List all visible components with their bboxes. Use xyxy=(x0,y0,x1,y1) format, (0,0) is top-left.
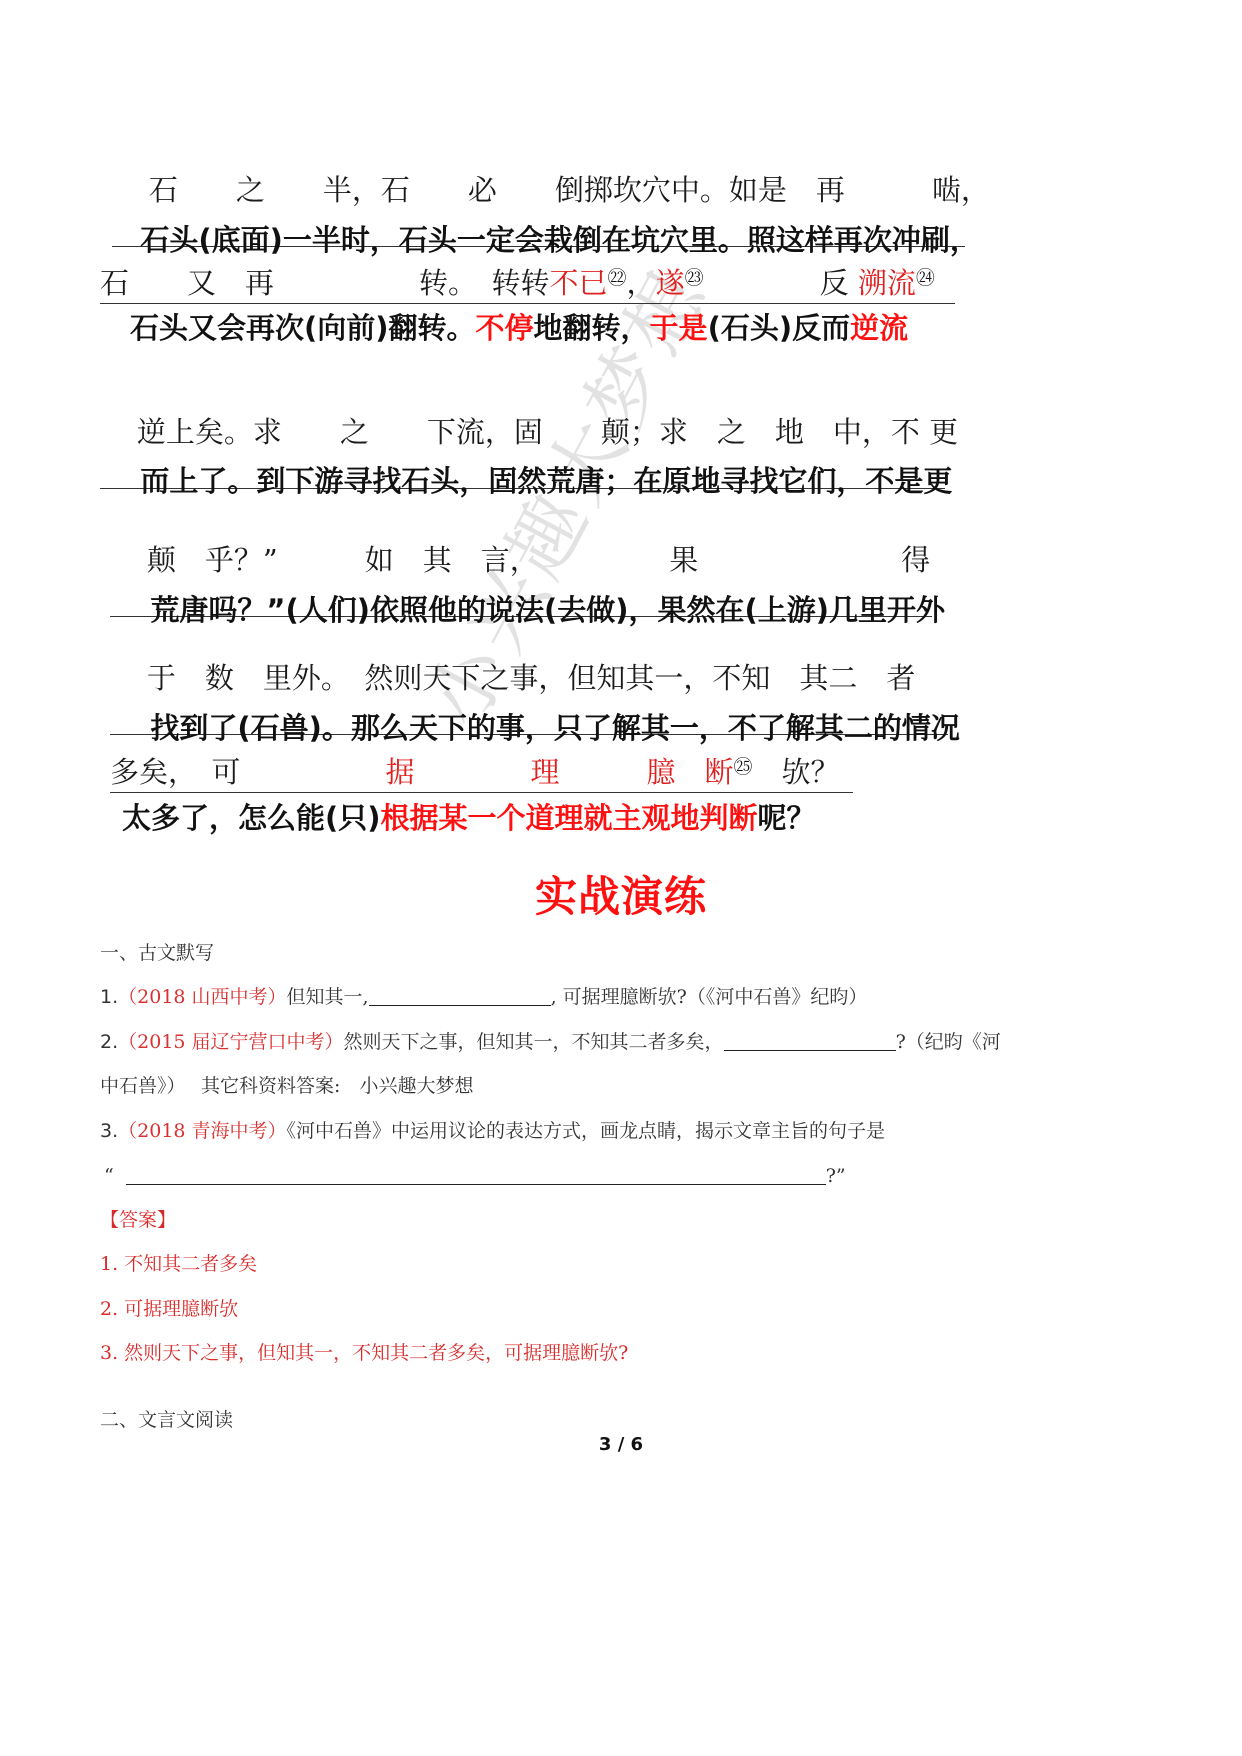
translation-line-6: 太多了，怎么能(只)根据某一个道理就主观地判断呢？ xyxy=(122,800,816,836)
question-2: 2.（2015 届辽宁营口中考）然则天下之事，但知其一，不知其二者多矣，?（纪昀… xyxy=(100,1029,1001,1055)
keyword-red: 不已 xyxy=(550,266,608,300)
question-source: （2018 青海中考） xyxy=(118,1120,286,1142)
original-text: 多矣， 可 xyxy=(110,755,386,789)
answer-2: 2. 可据理臆断欤 xyxy=(100,1296,238,1322)
translation-text: 呢？ xyxy=(758,801,816,835)
question-number: 2. xyxy=(100,1031,118,1053)
page-number: 3 / 6 xyxy=(0,1434,1242,1455)
part2-title: 二、文言文阅读 xyxy=(100,1407,233,1433)
close-quote: ?” xyxy=(826,1165,846,1187)
answer-1: 1. 不知其二者多矣 xyxy=(100,1251,257,1277)
keyword-red: 遂 xyxy=(656,266,685,300)
question-text: , 可据理臆断欤?（《河中石兽》纪昀） xyxy=(551,986,868,1008)
question-1: 1.（2018 山西中考）但知其一,, 可据理臆断欤?（《河中石兽》纪昀） xyxy=(100,984,867,1010)
keyword-red: 溯流 xyxy=(858,266,916,300)
original-text: 石 又 再 转。 转转 xyxy=(100,266,550,300)
question-text: 但知其一, xyxy=(287,986,369,1008)
keyword-red: 逆流 xyxy=(850,311,908,345)
keyword-red: 根据某一个道理就主观地判断 xyxy=(381,801,758,835)
original-text: 欤？ xyxy=(753,755,840,789)
answer-blank[interactable] xyxy=(126,1166,826,1185)
answer-blank[interactable] xyxy=(369,987,551,1006)
footnote-marker: ㉕ xyxy=(734,756,753,778)
original-text: ， xyxy=(627,266,656,300)
translation-text: (石头)反而 xyxy=(708,311,851,345)
translation-text: 地翻转， xyxy=(534,311,650,345)
translation-line-2: 石头又会再次(向前)翻转。不停地翻转，于是(石头)反而逆流 xyxy=(130,310,908,346)
original-text: 反 xyxy=(704,266,858,300)
question-source: （2015 届辽宁营口中考） xyxy=(118,1031,343,1053)
original-line-2: 石 又 再 转。 转转不已㉒，遂㉓ 反 溯流㉔ xyxy=(100,260,955,304)
answer-blank[interactable] xyxy=(724,1032,896,1051)
footnote-marker: ㉔ xyxy=(916,267,935,289)
keyword-red: 据 理 臆 断 xyxy=(386,755,734,789)
document-page: 小兴趣大梦想 石 之 半，石 必 倒掷坎穴中。如是 再 啮， 石头(底面)一半时… xyxy=(0,0,1242,1756)
translation-text: 而上了。到下游寻找石头，固然荒唐；在原地寻找它们，不是更 xyxy=(140,464,952,498)
answer-label: 【答案】 xyxy=(100,1207,176,1233)
question-3: 3.（2018 青海中考）《河中石兽》中运用议论的表达方式，画龙点睛，揭示文章主… xyxy=(100,1118,885,1144)
translation-text: 荒唐吗？”(人们)依照他的说法(去做)，果然在(上游)几里开外 xyxy=(150,593,945,627)
section-heading: 实战演练 xyxy=(0,864,1242,924)
question-number: 1. xyxy=(100,986,118,1008)
translation-text: 石头又会再次(向前)翻转。 xyxy=(130,311,476,345)
keyword-red: 于是 xyxy=(650,311,708,345)
question-source: （2018 山西中考） xyxy=(118,986,286,1008)
question-text: 《河中石兽》中运用议论的表达方式，画龙点睛，揭示文章主旨的句子是 xyxy=(287,1120,886,1142)
part1-title: 一、古文默写 xyxy=(100,940,214,966)
original-line-6: 多矣， 可 据 理 臆 断㉕ 欤？ xyxy=(110,749,853,793)
question-number: 3. xyxy=(100,1120,118,1142)
translation-text: 找到了(石兽)。那么天下的事，只了解其一，不了解其二的情况 xyxy=(150,711,960,745)
question-text: ?（纪昀《河 xyxy=(896,1031,1001,1053)
footnote-marker: ㉒ xyxy=(608,267,627,289)
open-quote: “ xyxy=(104,1165,114,1187)
question-3-blank-line: “?” xyxy=(104,1163,846,1189)
question-2-line-2: 中石兽》） 其它科资料答案: 小兴趣大梦想 xyxy=(100,1073,473,1099)
translation-text: 石头(底面)一半时，石头一定会栽倒在坑穴里。照这样再次冲刷， xyxy=(140,223,979,257)
question-text: 然则天下之事，但知其一，不知其二者多矣， xyxy=(344,1031,724,1053)
footnote-marker: ㉓ xyxy=(685,267,704,289)
translation-text: 太多了，怎么能(只) xyxy=(122,801,381,835)
answer-3: 3. 然则天下之事，但知其一，不知其二者多矣，可据理臆断欤? xyxy=(100,1340,628,1366)
keyword-red: 不停 xyxy=(476,311,534,345)
